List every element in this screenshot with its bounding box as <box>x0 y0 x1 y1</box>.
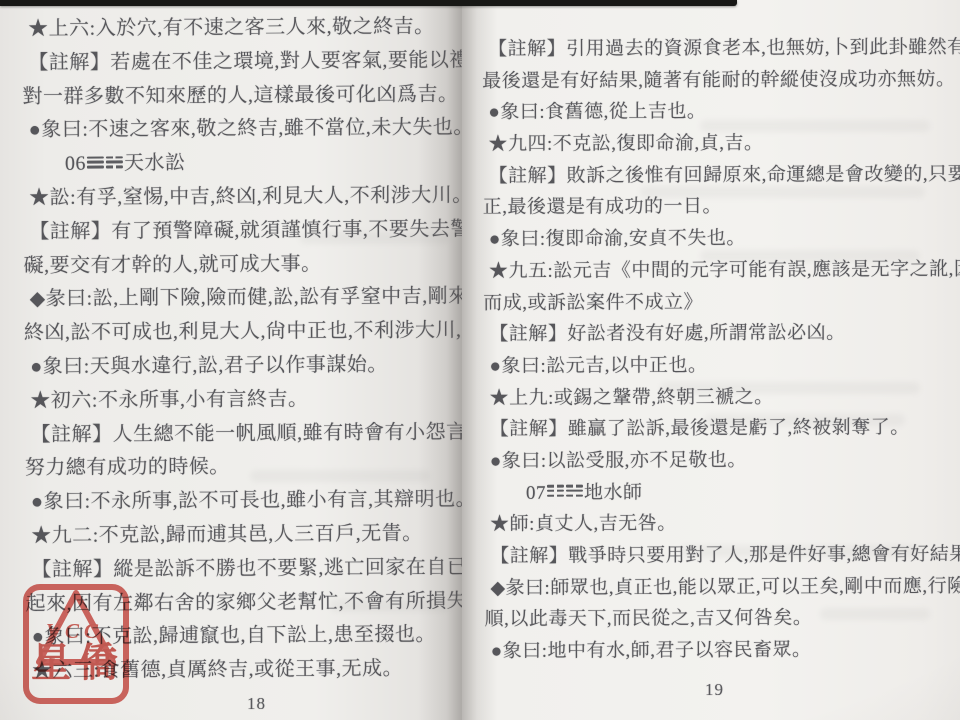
text-line: 對一群多數不知來歷的人,這樣最後可化凶爲吉。 <box>22 78 462 115</box>
text-line: ●象曰:復即命渝,安貞不失也。 <box>483 222 959 256</box>
text-line: 終凶,訟不可成也,利見大人,尙中正也,不利涉大川,入於淵也 <box>24 314 462 351</box>
text-line: ★訟:有孚,窒惕,中吉,終凶,利見大人,不利涉大川。 <box>23 179 462 216</box>
text-line: 【註解】有了預警障礙,就須謹慎行事,不要失去警誡心,就無 <box>23 213 462 250</box>
text-line: 最後還是有好結果,隨著有能耐的幹縱使沒成功亦無妨。 <box>482 64 958 98</box>
text-line: ●象曰:天與水違行,訟,君子以作事謀始。 <box>24 348 462 385</box>
scan-edge-top <box>0 0 737 6</box>
text-line: 【註解】雖贏了訟訴,最後還是虧了,終被剝奪了。 <box>484 412 960 446</box>
text-line: ★九二:不克訟,歸而逋其邑,人三百戶,无眚。 <box>25 517 462 554</box>
left-page-number: 18 <box>247 694 266 714</box>
hexagram-heading: 07地水師 <box>484 476 960 510</box>
text-line: 【註解】敗訴之後惟有回歸原來,命運總是會改變的,只要行得 <box>483 159 959 193</box>
book-scan: ★上六:入於穴,有不速之客三人來,敬之終吉。【註解】若處在不佳之環境,對人要客氣… <box>0 0 960 720</box>
trigram-water-icon <box>106 154 123 171</box>
trigram-water-icon <box>566 482 583 499</box>
text-line: 正,最後還是有成功的一日。 <box>483 190 959 224</box>
text-line: 努力總有成功的時候。 <box>25 450 462 487</box>
vcc-stamp: VCC 星僑 <box>22 583 130 705</box>
text-line: ★上九:或錫之鞶帶,終朝三褫之。 <box>484 380 960 414</box>
text-line: 【註解】引用過去的資源食老本,也無妨,卜到此卦雖然有危險 <box>482 32 958 66</box>
text-line: ★初六:不永所事,小有言終吉。 <box>24 382 462 419</box>
text-line: 【註解】人生總不能一帆風順,雖有時會有小怨言但無妨,只要 <box>24 416 462 453</box>
hexagram-title: 天水訟 <box>124 152 186 174</box>
trigram-earth-icon <box>547 482 564 499</box>
text-line: ★九五:訟元吉《中間的元字可能有誤,應該是无字之訛,因變化 <box>483 254 959 288</box>
hexagram-title: 地水師 <box>584 482 643 503</box>
text-line: 而成,或訴訟案件不成立》 <box>483 285 959 319</box>
text-line: 【註解】若處在不佳之環境,對人要客氣,要能以禮下人,尤其 <box>22 44 462 81</box>
trigram-heaven-icon <box>87 154 104 171</box>
hexagram-number: 07 <box>526 482 546 503</box>
text-line: ●象曰:地中有水,師,君子以容民畜眾。 <box>485 634 960 668</box>
text-line: ●象曰:以訟受服,亦不足敬也。 <box>484 444 960 478</box>
text-line: 【註解】好訟者没有好處,所謂常訟必凶。 <box>483 317 959 351</box>
text-line: ●象曰:不速之客來,敬之終吉,雖不當位,未大失也。 <box>23 112 462 149</box>
text-line: 順,以此毒天下,而民從之,吉又何咎矣。 <box>484 602 960 636</box>
text-line: 【註解】戰爭時只要用對了人,那是件好事,總會有好結果。 <box>484 539 960 573</box>
text-line: 礙,要交有才幹的人,就可成大事。 <box>23 247 462 284</box>
text-line: ★九四:不克訟,復即命渝,貞,吉。 <box>482 127 958 161</box>
text-line: ★師:貞丈人,吉无咎。 <box>484 507 960 541</box>
text-line: ★上六:入於穴,有不速之客三人來,敬之終吉。 <box>22 10 462 47</box>
gutter-shadow <box>418 0 498 720</box>
text-line: ●象曰:訟元吉,以中正也。 <box>483 349 959 383</box>
right-page-number: 19 <box>705 680 724 700</box>
text-line: ◆彖曰:師眾也,貞正也,能以眾正,可以王矣,剛中而應,行險而 <box>484 571 960 605</box>
text-line: ◆彖曰:訟,上剛下險,險而健,訟,訟有孚窒中吉,剛來而得中也 <box>24 281 462 318</box>
hexagram-heading: 06天水訟 <box>23 145 462 182</box>
text-line: ●象曰:不永所事,訟不可長也,雖小有言,其辯明也。 <box>25 483 462 520</box>
hexagram-number: 06 <box>65 153 86 175</box>
text-line: ●象曰:食舊德,從上吉也。 <box>482 95 958 129</box>
right-page-text: 【註解】引用過去的資源食老本,也無妨,卜到此卦雖然有危險最後還是有好結果,隨著有… <box>482 32 960 668</box>
stamp-name: 星僑 <box>31 641 125 685</box>
right-page: 【註解】引用過去的資源食老本,也無妨,卜到此卦雖然有危險最後還是有好結果,隨著有… <box>462 0 960 720</box>
